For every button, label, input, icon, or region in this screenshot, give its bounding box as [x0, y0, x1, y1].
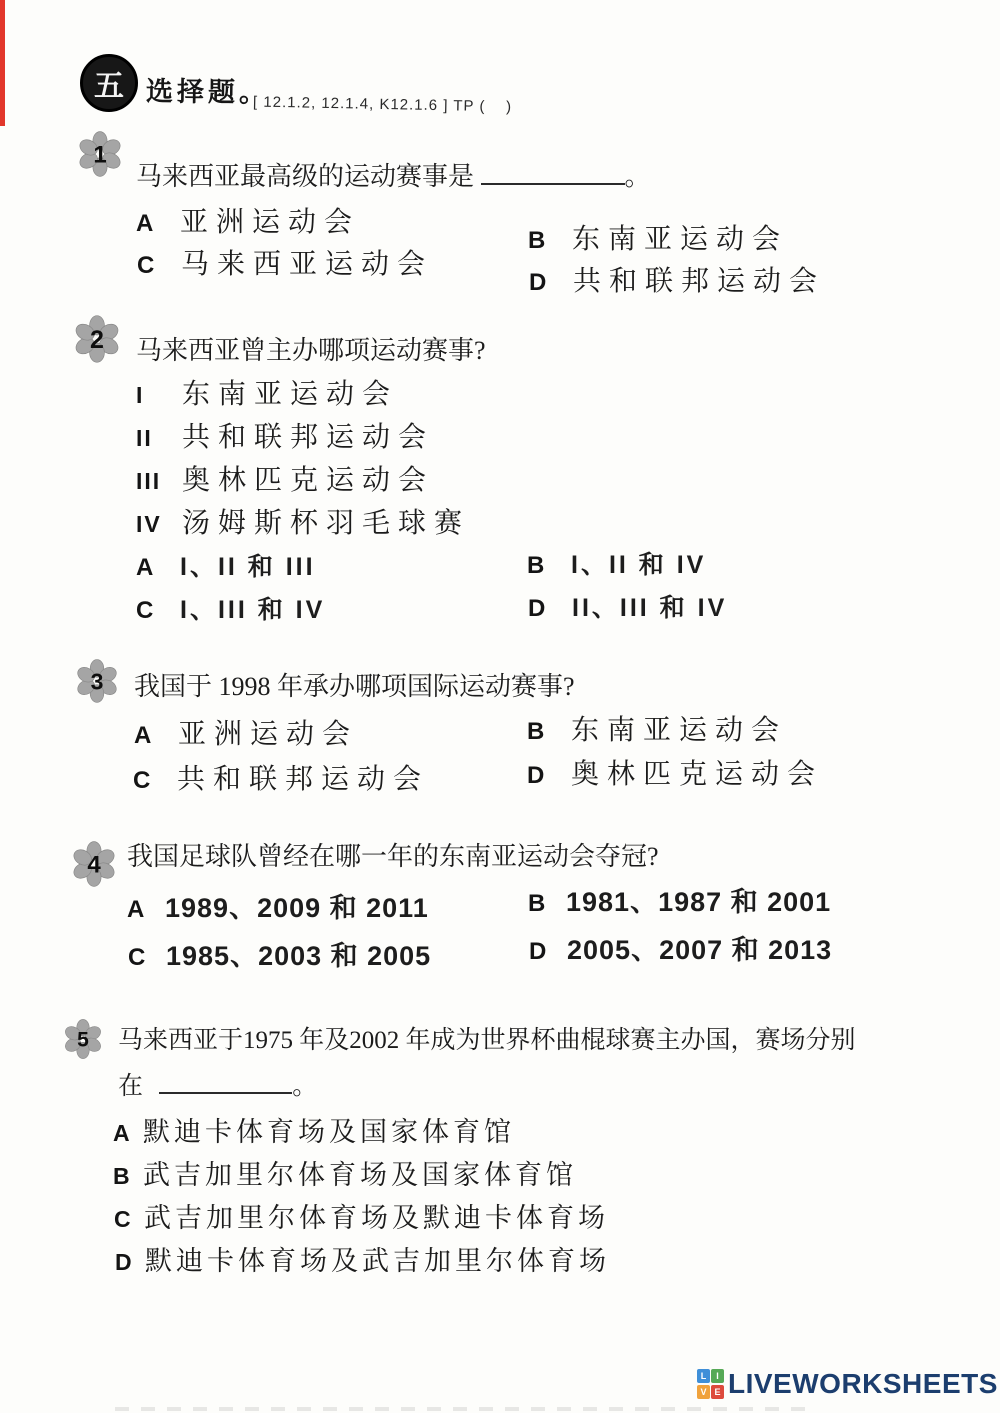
question-5-flower-icon: 5: [62, 1018, 104, 1060]
option-letter: A: [127, 896, 165, 924]
option-letter: B: [527, 552, 571, 580]
option-text: 东南亚运动会: [572, 217, 788, 257]
question-2-statement-1: I 东南亚运动会: [136, 372, 398, 412]
answer-blank: [159, 1070, 292, 1094]
question-4-flower-icon: 4: [70, 840, 118, 888]
section-number-badge: 五: [80, 54, 138, 112]
option-text: 默迪卡体育场及国家体育馆: [143, 1110, 515, 1149]
section-title: 选择题。: [146, 69, 270, 109]
statement-numeral: IV: [136, 511, 182, 538]
question-3-option-a[interactable]: A 亚洲运动会: [134, 712, 358, 752]
question-1-option-a[interactable]: A 亚洲运动会: [136, 200, 360, 240]
question-2-option-b[interactable]: B I、II 和 IV: [527, 545, 706, 581]
option-letter: B: [527, 718, 571, 746]
answer-blank: [481, 160, 625, 185]
question-4-option-a[interactable]: A 1989、2009 和 2011: [127, 886, 429, 925]
option-text: 东南亚运动会: [571, 708, 787, 748]
question-3-number: 3: [91, 668, 104, 694]
statement-text: 奥林匹克运动会: [182, 458, 434, 498]
question-2-option-a[interactable]: A I、II 和 III: [136, 547, 316, 583]
scan-edge-artifact: [0, 0, 5, 126]
question-4-number: 4: [87, 852, 101, 879]
liveworksheets-grid-icon: L I V E: [697, 1369, 725, 1400]
option-text: 1981、1987 和 2001: [566, 880, 831, 919]
option-text: 共和联邦运动会: [573, 259, 825, 299]
question-2-option-d[interactable]: D II、III 和 IV: [528, 588, 727, 624]
option-letter: C: [137, 252, 181, 280]
question-5-text-line1: 马来西亚于1975 年及2002 年成为世界杯曲棍球赛主办国，赛场分别: [118, 1020, 856, 1056]
question-5-option-c[interactable]: C 武吉加里尔体育场及默迪卡体育场: [114, 1196, 609, 1235]
option-letter: D: [529, 938, 567, 966]
option-letter: D: [528, 595, 572, 623]
option-letter: D: [115, 1249, 145, 1276]
question-5-option-a[interactable]: A 默迪卡体育场及国家体育馆: [113, 1110, 515, 1149]
option-letter: B: [528, 227, 572, 255]
liveworksheets-wordmark: LIVEWORKSHEETS: [728, 1368, 998, 1400]
option-letter: C: [136, 597, 180, 625]
question-3-flower-icon: 3: [74, 658, 120, 704]
question-4-option-b[interactable]: B 1981、1987 和 2001: [528, 880, 831, 919]
option-text: 默迪卡体育场及武吉加里尔体育场: [145, 1239, 610, 1278]
question-1-text: 马来西亚最高级的运动赛事是 。: [136, 156, 651, 193]
option-text: 2005、2007 和 2013: [567, 928, 832, 967]
question-1-option-d[interactable]: D 共和联邦运动会: [529, 259, 825, 299]
question-3-option-c[interactable]: C 共和联邦运动会: [133, 757, 429, 797]
question-1-number: 1: [93, 142, 106, 169]
option-text: 1989、2009 和 2011: [165, 886, 429, 925]
question-1-option-b[interactable]: B 东南亚运动会: [528, 217, 788, 257]
option-text: 武吉加里尔体育场及默迪卡体育场: [144, 1196, 609, 1235]
logo-square-v: V: [697, 1385, 710, 1399]
question-4-text: 我国足球队曾经在哪一年的东南亚运动会夺冠?: [127, 836, 659, 873]
statement-numeral: I: [136, 382, 182, 409]
question-2-number: 2: [90, 326, 104, 354]
question-3-option-b[interactable]: B 东南亚运动会: [527, 708, 787, 748]
cropped-text-remnant: [115, 1407, 805, 1411]
statement-text: 东南亚运动会: [182, 372, 398, 412]
option-letter: A: [136, 210, 180, 238]
question-4-option-c[interactable]: C 1985、2003 和 2005: [128, 934, 431, 973]
option-letter: C: [133, 767, 177, 795]
option-letter: C: [128, 944, 166, 972]
statement-text: 共和联邦运动会: [182, 415, 434, 455]
question-5-text-line2: 在 。: [118, 1066, 317, 1102]
question-2-option-c[interactable]: C I、III 和 IV: [136, 590, 325, 626]
question-5-option-d[interactable]: D 默迪卡体育场及武吉加里尔体育场: [115, 1239, 610, 1278]
option-text: 奥林匹克运动会: [571, 752, 823, 792]
question-5-number: 5: [77, 1029, 89, 1052]
question-2-statement-2: II 共和联邦运动会: [136, 415, 434, 455]
statement-text: 汤姆斯杯羽毛球赛: [182, 501, 470, 541]
option-text: I、II 和 IV: [571, 545, 706, 581]
logo-square-e: E: [711, 1385, 724, 1399]
question-2-flower-icon: 2: [72, 314, 122, 364]
question-2-statement-4: IV 汤姆斯杯羽毛球赛: [136, 501, 470, 541]
option-letter: A: [134, 722, 178, 750]
liveworksheets-logo[interactable]: L I V E LIVEWORKSHEETS: [697, 1368, 998, 1400]
question-5-option-b[interactable]: B 武吉加里尔体育场及国家体育馆: [113, 1153, 577, 1192]
option-letter: D: [527, 762, 571, 790]
section-number: 五: [94, 61, 124, 105]
option-letter: D: [529, 269, 573, 297]
section-meta: [ 12.1.2, 12.1.4, K12.1.6 ] TP ( ): [253, 94, 512, 116]
option-text: I、III 和 IV: [180, 590, 325, 626]
question-1-option-c[interactable]: C 马来西亚运动会: [137, 242, 433, 282]
option-letter: B: [528, 890, 566, 918]
statement-numeral: III: [136, 468, 182, 495]
question-4-option-d[interactable]: D 2005、2007 和 2013: [529, 928, 832, 967]
option-text: 1985、2003 和 2005: [166, 934, 431, 973]
logo-square-l: L: [697, 1369, 710, 1383]
option-text: 马来西亚运动会: [181, 242, 433, 282]
option-text: 武吉加里尔体育场及国家体育馆: [143, 1153, 577, 1192]
option-text: 亚洲运动会: [178, 712, 358, 752]
option-letter: B: [113, 1163, 143, 1190]
option-text: 共和联邦运动会: [177, 757, 429, 797]
question-2-statement-3: III 奥林匹克运动会: [136, 458, 434, 498]
logo-square-i: I: [711, 1369, 724, 1383]
option-text: I、II 和 III: [180, 547, 316, 583]
option-text: II、III 和 IV: [572, 588, 727, 624]
question-1-flower-icon: 1: [76, 130, 124, 178]
question-3-text: 我国于 1998 年承办哪项国际运动赛事?: [134, 666, 575, 703]
statement-numeral: II: [136, 425, 182, 452]
option-letter: A: [136, 554, 180, 582]
question-2-text: 马来西亚曾主办哪项运动赛事?: [136, 330, 486, 367]
option-letter: C: [114, 1206, 144, 1233]
question-3-option-d[interactable]: D 奥林匹克运动会: [527, 752, 823, 792]
option-text: 亚洲运动会: [180, 200, 360, 240]
worksheet-page: 五 选择题。 [ 12.1.2, 12.1.4, K12.1.6 ] TP ( …: [0, 0, 1000, 1413]
option-letter: A: [113, 1120, 143, 1147]
